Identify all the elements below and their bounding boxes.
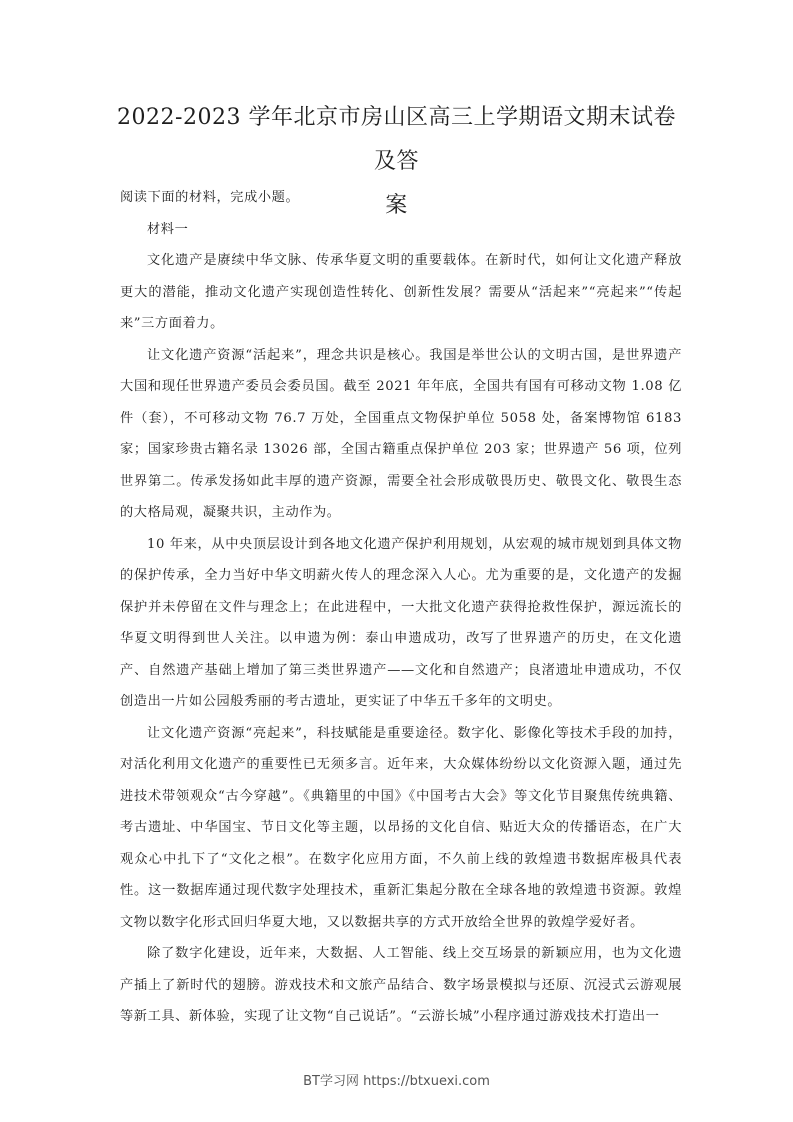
document-body: 阅读下面的材料，完成小题。 材料一 文化遗产是赓续中华文脉、传承华夏文明的重要载… (120, 182, 682, 1033)
paragraph: 让文化遗产资源“活起来”，理念共识是核心。我国是举世公认的文明古国，是世界遗产大… (120, 340, 682, 529)
paragraph: 让文化遗产资源“亮起来”，科技赋能是重要途径。数字化、影像化等技术手段的加持，对… (120, 718, 682, 939)
material-label: 材料一 (120, 214, 682, 246)
title-line-1: 2022-2023 学年北京市房山区高三上学期语文期末试卷及答 (110, 96, 683, 184)
paragraph: 10 年来，从中央顶层设计到各地文化遗产保护利用规划，从宏观的城市规划到具体文物… (120, 529, 682, 718)
document-page: 2022-2023 学年北京市房山区高三上学期语文期末试卷及答 案 阅读下面的材… (0, 0, 793, 1122)
instruction-text: 阅读下面的材料，完成小题。 (120, 182, 682, 214)
footer-watermark: BT学习网 https://btxuexi.com (0, 1070, 793, 1089)
paragraph: 除了数字化建设，近年来，大数据、人工智能、线上交互场景的新颖应用，也为文化遗产插… (120, 938, 682, 1033)
paragraph: 文化遗产是赓续中华文脉、传承华夏文明的重要载体。在新时代，如何让文化遗产释放更大… (120, 245, 682, 340)
